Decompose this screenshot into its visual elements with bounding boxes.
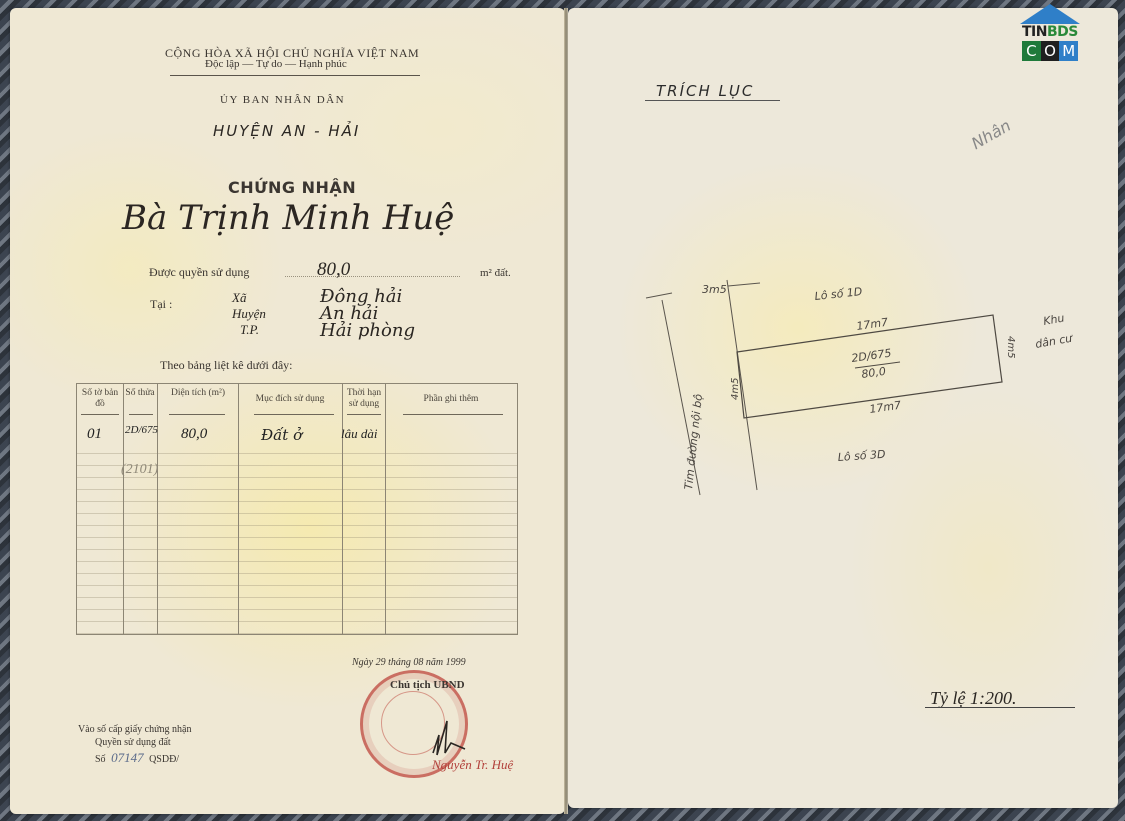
- registration-prefix: Số: [95, 754, 106, 765]
- table-column-divider: [157, 384, 158, 634]
- city-label: T.P.: [240, 322, 259, 338]
- authority-label: ỦY BAN NHÂN DÂN: [220, 94, 345, 106]
- cell-parcel-no: 2D/675: [125, 424, 158, 436]
- registration-number: 07147: [111, 750, 144, 765]
- header-underline: [169, 414, 225, 415]
- table-column-divider: [123, 384, 124, 634]
- holder-name: Bà Trịnh Minh Huệ: [122, 198, 454, 238]
- header-underline: [254, 414, 334, 415]
- usage-dotted-line: [285, 276, 460, 277]
- header-underline: [81, 414, 119, 415]
- logo-bds: BDS: [1047, 24, 1078, 40]
- header-parcel-no: Số thửa: [125, 388, 155, 399]
- certificate-title: CHỨNG NHẬN: [228, 178, 356, 197]
- table-column-divider: [342, 384, 343, 634]
- district-label: Huyện: [232, 306, 266, 322]
- land-parcel-table: Số tờ bản đồ Số thửa Diện tích (m²) Mục …: [76, 383, 518, 635]
- registration-suffix: QSDĐ/: [149, 754, 179, 765]
- cell-term: lâu dài: [341, 426, 377, 442]
- header-purpose: Mục đích sử dụng: [240, 394, 340, 405]
- usage-unit: m² đất.: [480, 267, 511, 279]
- cell-area: 80,0: [181, 426, 207, 443]
- registration-line-2: Quyền sử dụng đất: [95, 737, 171, 748]
- signer-name: Nguyễn Tr. Huệ: [432, 757, 513, 773]
- signer-title: Chủ tịch UBND: [390, 679, 465, 691]
- certificate-right-page: [568, 8, 1118, 808]
- header-area: Diện tích (m²): [159, 388, 237, 399]
- signature-mark: [425, 715, 470, 760]
- tinbds-watermark-logo: TINBDS C O M: [1020, 4, 1080, 62]
- motto: Độc lập — Tự do — Hạnh phúc: [205, 58, 347, 70]
- usage-label: Được quyền sử dụng: [149, 265, 249, 280]
- table-column-divider: [238, 384, 239, 634]
- house-roof-icon: [1020, 4, 1080, 24]
- issue-date: Ngày 29 tháng 08 năm 1999: [352, 657, 466, 668]
- logo-tin: TIN: [1022, 24, 1047, 40]
- header-underline: [347, 414, 381, 415]
- cell-annotation: (2101): [121, 462, 158, 478]
- header-term: Thời hạn sử dụng: [343, 388, 385, 410]
- header-map-sheet: Số tờ bản đồ: [79, 388, 121, 410]
- commune-label: Xã: [232, 290, 246, 306]
- registration-line-1: Vào số cấp giấy chứng nhận: [78, 724, 191, 735]
- registration-line-3: Số 07147 QSDĐ/: [95, 750, 179, 766]
- scale-label: Tỷ lệ 1:200.: [930, 688, 1016, 709]
- city-value: Hải phòng: [320, 320, 415, 341]
- cell-map-sheet: 01: [87, 426, 102, 443]
- logo-c: C: [1022, 41, 1041, 61]
- logo-o: O: [1041, 41, 1060, 61]
- cell-purpose: Đất ở: [261, 426, 302, 444]
- header-divider: [170, 75, 420, 76]
- logo-m: M: [1059, 41, 1078, 61]
- table-column-divider: [385, 384, 386, 634]
- header-underline: [403, 414, 503, 415]
- logo-text-top: TINBDS: [1022, 24, 1078, 40]
- extract-title-underline: [645, 100, 780, 101]
- district-heading: HUYỆN AN - HẢI: [213, 122, 360, 140]
- usage-area-value: 80,0: [317, 259, 350, 281]
- scale-underline: [925, 707, 1075, 708]
- location-label: Tại :: [150, 297, 172, 312]
- extract-title: TRÍCH LỤC: [656, 82, 754, 100]
- header-notes: Phần ghi thêm: [387, 394, 515, 405]
- table-intro: Theo bảng liệt kê dưới đây:: [160, 358, 292, 373]
- logo-text-bottom: C O M: [1022, 41, 1078, 61]
- header-underline: [129, 414, 153, 415]
